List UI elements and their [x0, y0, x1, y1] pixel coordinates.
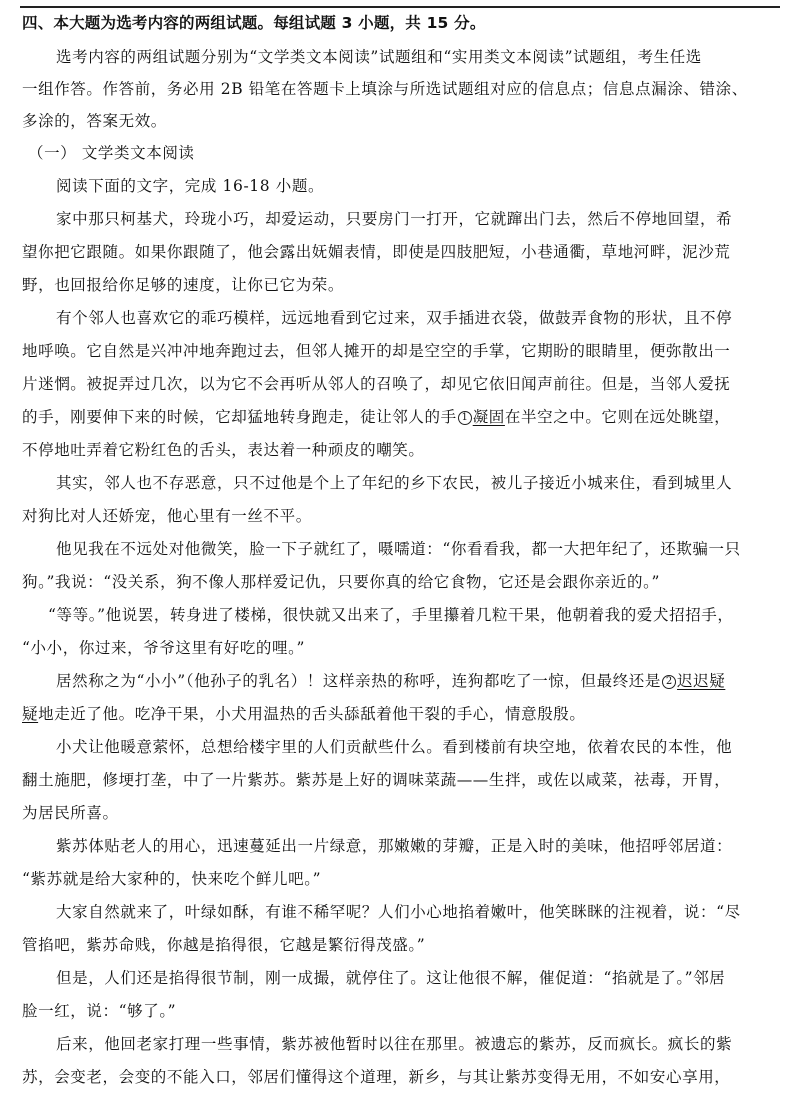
exam-page: 四、本大题为选考内容的两组试题。每组试题 3 小题，共 15 分。 选考内容的两… — [22, 9, 774, 1094]
passage-line: 大家自然就来了，叶绿如酥，有谁不稀罕呢？人们小心地掐着嫩叶，他笑眯眯的注视着，说… — [22, 896, 774, 929]
passage-line: 有个邻人也喜欢它的乖巧模样，远远地看到它过来，双手插进衣袋，做鼓弄食物的形状，且… — [22, 302, 774, 335]
passage-line: 狗。”我说：“没关系，狗不像人那样爱记仇，只要你真的给它食物，它还是会跟你亲近的… — [22, 566, 774, 599]
text-segment: 地走近了他。吃净干果，小犬用温热的舌头舔舐着他干裂的手心，情意殷殷。 — [38, 705, 585, 723]
passage-line: 为居民所喜。 — [22, 797, 774, 830]
passage-line: 其实，邻人也不存恶意，只不过他是个上了年纪的乡下农民，被儿子接近小城来住，看到城… — [22, 467, 774, 500]
passage-line: 的手，刚要伸下来的时候，它却猛地转身跑走，徒让邻人的手1凝固在半空之中。它则在远… — [22, 401, 774, 434]
passage-line: 片迷惘。被捉弄过几次，以为它不会再听从邻人的召唤了，却见它依旧闻声前往。但是，当… — [22, 368, 774, 401]
paragraph-8: 紫苏体贴老人的用心，迅速蔓延出一片绿意，那嫩嫩的芽瓣，正是入时的美味，他招呼邻居… — [22, 830, 774, 896]
passage-line: 翻土施肥，修埂打垄，中了一片紫苏。紫苏是上好的调味菜蔬——生拌，或佐以咸菜，祛毒… — [22, 764, 774, 797]
passage-line: 管掐吧，紫苏命贱，你越是掐得很，它越是繁衍得茂盛。” — [22, 929, 774, 962]
paragraph-1: 家中那只柯基犬，玲珑小巧，却爱运动，只要房门一打开，它就蹿出门去，然后不停地回望… — [22, 203, 774, 302]
paragraph-9: 大家自然就来了，叶绿如酥，有谁不稀罕呢？人们小心地掐着嫩叶，他笑眯眯的注视着，说… — [22, 896, 774, 962]
instruction-line: 选考内容的两组试题分别为“文学类文本阅读”试题组和“实用类文本阅读”试题组，考生… — [22, 41, 774, 73]
paragraph-3: 其实，邻人也不存恶意，只不过他是个上了年纪的乡下农民，被儿子接近小城来住，看到城… — [22, 467, 774, 533]
circled-number-marker: 2 — [662, 675, 676, 689]
paragraph-2: 有个邻人也喜欢它的乖巧模样，远远地看到它过来，双手插进衣袋，做鼓弄食物的形状，且… — [22, 302, 774, 467]
passage-line: 脸一红，说：“够了。” — [22, 995, 774, 1028]
paragraph-11: 后来，他回老家打理一些事情，紫苏被他暂时以往在那里。被遗忘的紫苏，反而疯长。疯长… — [22, 1028, 774, 1094]
passage-line: 后来，他回老家打理一些事情，紫苏被他暂时以往在那里。被遗忘的紫苏，反而疯长。疯长… — [22, 1028, 774, 1061]
passage-line: 望你把它跟随。如果你跟随了，他会露出妩媚表情，即使是四肢肥短，小巷通衢，草地河畔… — [22, 236, 774, 269]
passage-line: “小小，你过来，爷爷这里有好吃的哩。” — [22, 632, 774, 665]
reading-prompt: 阅读下面的文字，完成 16-18 小题。 — [22, 169, 774, 203]
passage-line: 他见我在不远处对他微笑，脸一下子就红了，嗫嚅道：“你看看我，都一大把年纪了，还欺… — [22, 533, 774, 566]
text-segment: 居然称之为“小小”（他孙子的乳名）！这样亲热的称呼，连狗都吃了一惊，但最终还是 — [56, 672, 661, 690]
passage-line: 地呼唤。它自然是兴冲冲地奔跑过去，但邻人摊开的却是空空的手掌，它期盼的眼睛里，便… — [22, 335, 774, 368]
instruction-line: 一组作答。作答前，务必用 2B 铅笔在答题卡上填涂与所选试题组对应的信息点；信息… — [22, 73, 774, 105]
paragraph-7: 小犬让他暖意萦怀，总想给楼宇里的人们贡献些什么。看到楼前有块空地，依着农民的本性… — [22, 731, 774, 830]
passage-line: 家中那只柯基犬，玲珑小巧，却爱运动，只要房门一打开，它就蹿出门去，然后不停地回望… — [22, 203, 774, 236]
paragraph-6: 居然称之为“小小”（他孙子的乳名）！这样亲热的称呼，连狗都吃了一惊，但最终还是2… — [22, 665, 774, 731]
passage-line: 野，也回报给你足够的速度，让你已它为荣。 — [22, 269, 774, 302]
instructions: 选考内容的两组试题分别为“文学类文本阅读”试题组和“实用类文本阅读”试题组，考生… — [22, 41, 774, 137]
circled-number-marker: 1 — [458, 411, 472, 425]
passage-line: 居然称之为“小小”（他孙子的乳名）！这样亲热的称呼，连狗都吃了一惊，但最终还是2… — [22, 665, 774, 698]
passage-line: 苏，会变老，会变的不能入口，邻居们懂得这个道理，新乡，与其让紫苏变得无用，不如安… — [22, 1061, 774, 1094]
passage-line: 疑地走近了他。吃净干果，小犬用温热的舌头舔舐着他干裂的手心，情意殷殷。 — [22, 698, 774, 731]
top-rule — [20, 6, 780, 8]
underlined-term: 疑 — [22, 705, 38, 723]
passage-line: 紫苏体贴老人的用心，迅速蔓延出一片绿意，那嫩嫩的芽瓣，正是入时的美味，他招呼邻居… — [22, 830, 774, 863]
passage: 家中那只柯基犬，玲珑小巧，却爱运动，只要房门一打开，它就蹿出门去，然后不停地回望… — [22, 203, 774, 1094]
section-title: 四、本大题为选考内容的两组试题。每组试题 3 小题，共 15 分。 — [22, 9, 774, 37]
paragraph-5: “等等。”他说罢，转身进了楼梯，很快就又出来了，手里攥着几粒干果，他朝着我的爱犬… — [22, 599, 774, 665]
subsection-title: （一） 文学类文本阅读 — [22, 137, 774, 169]
text-segment: 在半空之中。它则在远处眺望， — [505, 408, 730, 426]
passage-line: 但是，人们还是掐得很节制，刚一成撮，就停住了。这让他很不解，催促道：“掐就是了。… — [22, 962, 774, 995]
underlined-term: 迟迟疑 — [677, 672, 725, 690]
paragraph-4: 他见我在不远处对他微笑，脸一下子就红了，嗫嚅道：“你看看我，都一大把年纪了，还欺… — [22, 533, 774, 599]
instruction-line: 多涂的，答案无效。 — [22, 105, 774, 137]
underlined-term: 凝固 — [473, 408, 505, 426]
paragraph-10: 但是，人们还是掐得很节制，刚一成撮，就停住了。这让他很不解，催促道：“掐就是了。… — [22, 962, 774, 1028]
passage-line: “紫苏就是给大家种的，快来吃个鲜儿吧。” — [22, 863, 774, 896]
passage-line: 小犬让他暖意萦怀，总想给楼宇里的人们贡献些什么。看到楼前有块空地，依着农民的本性… — [22, 731, 774, 764]
passage-line: 不停地吐弄着它粉红色的舌头，表达着一种顽皮的嘲笑。 — [22, 434, 774, 467]
passage-line: 对狗比对人还娇宠，他心里有一丝不平。 — [22, 500, 774, 533]
text-segment: 的手，刚要伸下来的时候，它却猛地转身跑走，徒让邻人的手 — [22, 408, 457, 426]
passage-line: “等等。”他说罢，转身进了楼梯，很快就又出来了，手里攥着几粒干果，他朝着我的爱犬… — [22, 599, 774, 632]
